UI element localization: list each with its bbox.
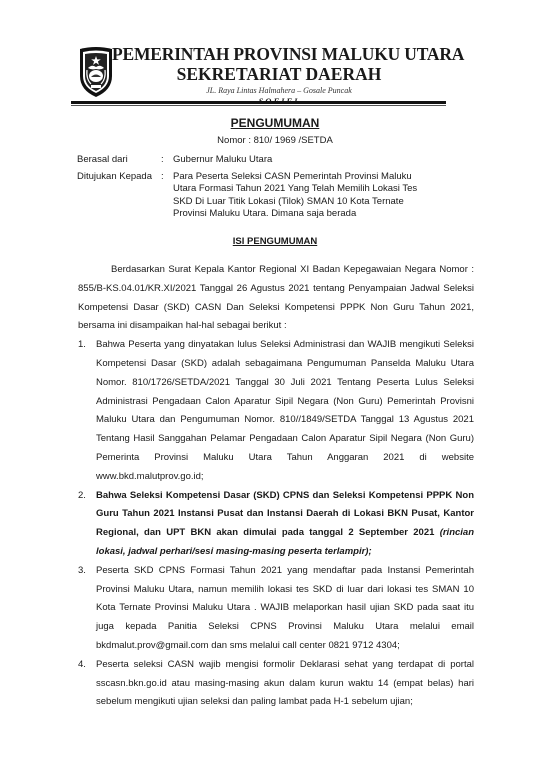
list-item: 1. Bahwa Peserta yang dinyatakan lulus S… (78, 336, 474, 486)
meta-row-to: Ditujukan Kepada : Para Peserta Seleksi … (77, 171, 433, 221)
letterhead-divider (71, 101, 446, 104)
letterhead: PEMERINTAH PROVINSI MALUKU UTARA SEKRETA… (70, 44, 446, 106)
government-name: PEMERINTAH PROVINSI MALUKU UTARA (112, 44, 446, 64)
meta-colon: : (161, 171, 173, 221)
meta-value: Para Peserta Seleksi CASN Pemerintah Pro… (173, 171, 433, 221)
list-item: 4. Peserta seleksi CASN wajib mengisi fo… (78, 656, 474, 712)
letterhead-divider-thin (71, 105, 446, 106)
office-address: JL. Raya Lintas Halmahera – Gosale Punca… (112, 85, 446, 96)
announcement-list: 1. Bahwa Peserta yang dinyatakan lulus S… (78, 336, 474, 712)
intro-paragraph: Berdasarkan Surat Kepala Kantor Regional… (78, 261, 474, 336)
list-number: 4. (78, 656, 86, 675)
document-number: Nomor : 810/ 1969 /SETDA (0, 135, 550, 146)
list-text: Peserta SKD CPNS Formasi Tahun 2021 yang… (96, 565, 474, 651)
section-title: ISI PENGUMUMAN (0, 236, 550, 247)
meta-label: Ditujukan Kepada (77, 171, 161, 221)
meta-row-from: Berasal dari : Gubernur Maluku Utara (77, 154, 433, 167)
list-text: Bahwa Peserta yang dinyatakan lulus Sele… (96, 339, 474, 482)
list-number: 3. (78, 562, 86, 581)
announcement-body: Berdasarkan Surat Kepala Kantor Regional… (78, 261, 474, 712)
document-title: PENGUMUMAN (0, 116, 550, 130)
office-name: SEKRETARIAT DAERAH (112, 64, 446, 84)
meta-value: Gubernur Maluku Utara (173, 154, 433, 167)
list-item: 2. Bahwa Seleksi Kompetensi Dasar (SKD) … (78, 487, 474, 562)
meta-colon: : (161, 154, 173, 167)
list-item: 3. Peserta SKD CPNS Formasi Tahun 2021 y… (78, 562, 474, 656)
document-meta: Berasal dari : Gubernur Maluku Utara Dit… (77, 154, 433, 225)
meta-label: Berasal dari (77, 154, 161, 167)
list-number: 1. (78, 336, 86, 355)
list-text: Bahwa Seleksi Kompetensi Dasar (SKD) CPN… (96, 490, 474, 539)
list-number: 2. (78, 487, 86, 506)
list-text: Peserta seleksi CASN wajib mengisi formo… (96, 659, 474, 708)
